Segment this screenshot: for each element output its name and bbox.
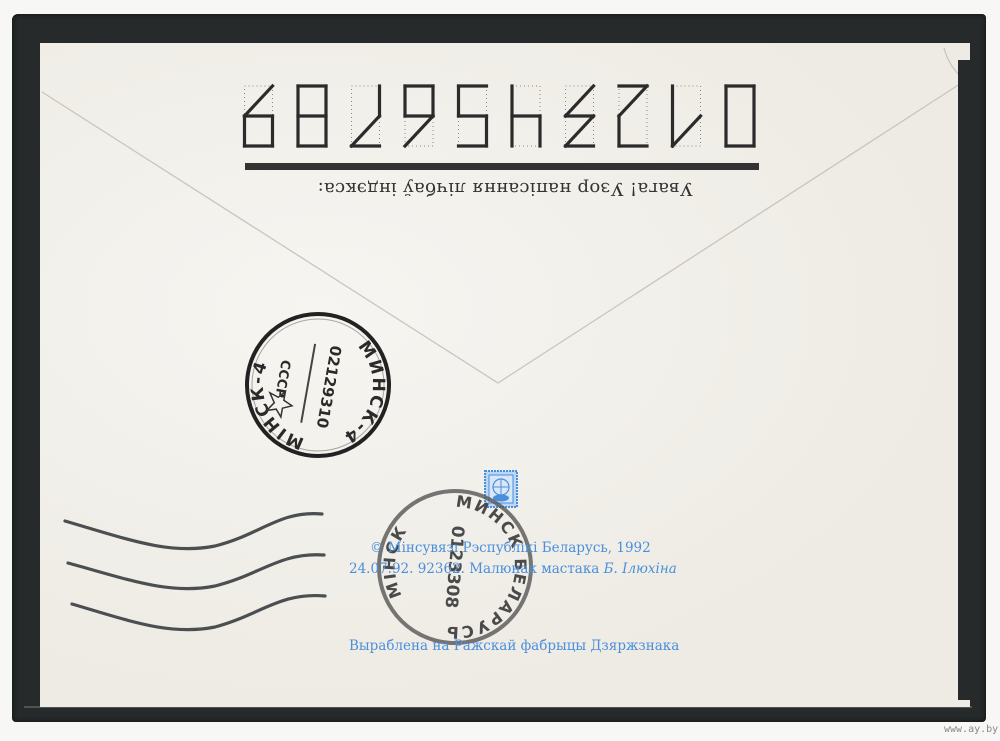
svg-text:СССР: СССР: [271, 359, 292, 399]
flap-fold-lines: [42, 48, 966, 383]
envelope-artwork: МИНСК-4 МІНСК-4 02129310 СССР МИНСК БЕЛА…: [0, 0, 1000, 741]
postmark-minsk-4: МИНСК-4 МІНСК-4 02129310 СССР: [236, 303, 401, 468]
imprint-artist-line: 24.07.92. 92362. Малюнак мастака Б. Ілюх…: [349, 561, 677, 577]
postcode-underline: [245, 163, 759, 170]
imprint-artist: Б. Ілюхіна: [604, 561, 677, 577]
imprint-factory: Выраблена на Ражскай фабрыцы Дзяржзнака: [349, 638, 679, 654]
postcode-template: [245, 86, 755, 146]
right-edge-shadow: [958, 60, 974, 700]
imprint-copyright: © Мінсувязі Рэспублікі Беларусь, 1992: [370, 540, 651, 556]
watermark: www.ay.by: [944, 724, 998, 735]
postcode-warning-text: Увага! Узор напісання лічбаў індэкса:: [250, 178, 760, 199]
wavy-cancellation: [65, 514, 325, 630]
svg-text:02129310: 02129310: [313, 344, 345, 429]
imprint-date-code: 24.07.92. 92362. Малюнак мастака: [349, 561, 604, 577]
